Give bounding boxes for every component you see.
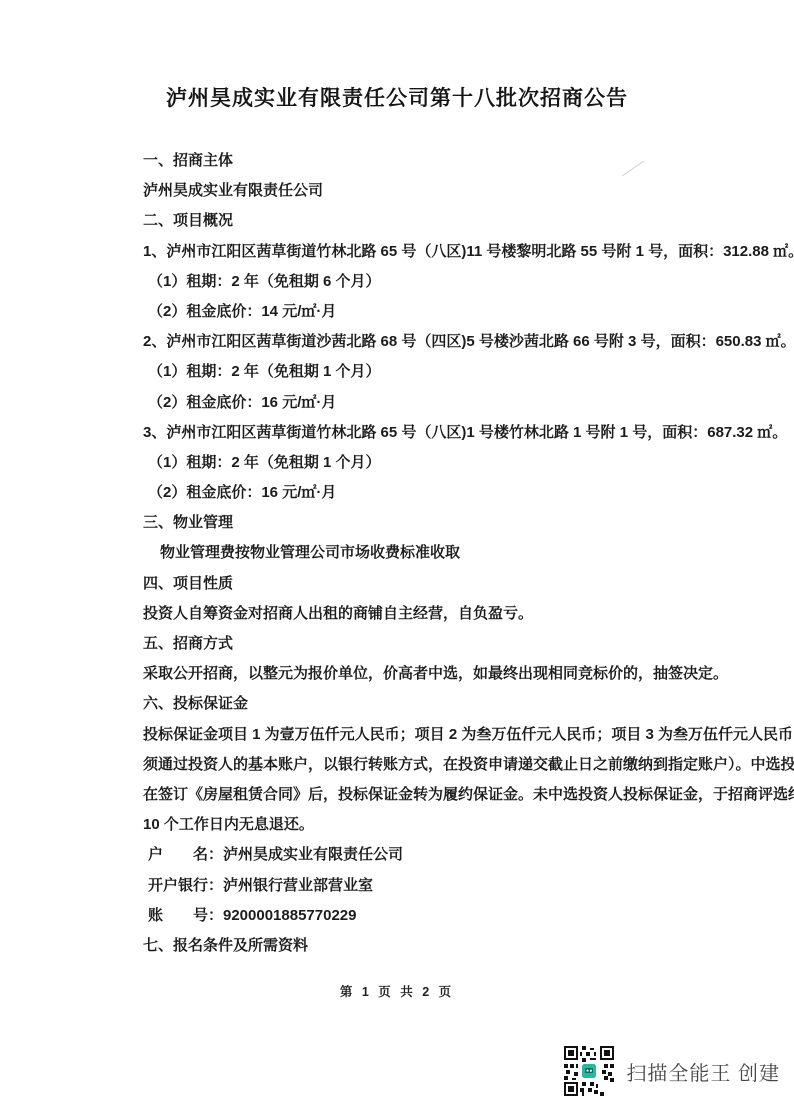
document-line: 3、泸州市江阳区茜草街道竹林北路 65 号（八区)1 号楼竹林北路 1 号附 1… [0,418,794,448]
scanned-document-page: 泸州昊成实业有限责任公司第十八批次招商公告 一、招商主体泸州昊成实业有限责任公司… [0,0,794,1108]
document-line: （1）租期：2 年（免租期 1 个月） [0,357,794,387]
document-line: 投标保证金项目 1 为壹万伍仟元人民币；项目 2 为叁万伍仟元人民币；项目 3 … [0,720,794,750]
document-line: 三、物业管理 [0,508,794,538]
document-body: 一、招商主体泸州昊成实业有限责任公司二、项目概况1、泸州市江阳区茜草街道竹林北路… [0,146,794,961]
watermark-text: 扫描全能王 创建 [626,1057,780,1086]
document-line: 户 名：泸州昊成实业有限责任公司 [0,840,794,870]
document-line: （1）租期：2 年（免租期 6 个月） [0,267,794,297]
document-title: 泸州昊成实业有限责任公司第十八批次招商公告 [0,82,794,112]
document-line: 在签订《房屋租赁合同》后，投标保证金转为履约保证金。未中选投资人投标保证金，于招… [0,780,794,810]
document-line: 二、项目概况 [0,206,794,236]
document-line: 1、泸州市江阳区茜草街道竹林北路 65 号（八区)11 号楼黎明北路 55 号附… [0,237,794,267]
document-line: 六、投标保证金 [0,689,794,719]
document-line: （1）租期：2 年（免租期 1 个月） [0,448,794,478]
document-line: 10 个工作日内无息退还。 [0,810,794,840]
document-line: 泸州昊成实业有限责任公司 [0,176,794,206]
document-line: 须通过投资人的基本账户，以银行转账方式，在投资申请递交截止日之前缴纳到指定账户）… [0,750,794,780]
document-line: 四、项目性质 [0,569,794,599]
page-number: 第 1 页 共 2 页 [0,982,794,1000]
document-line: 五、招商方式 [0,629,794,659]
document-line: 2、泸州市江阳区茜草街道沙茜北路 68 号（四区)5 号楼沙茜北路 66 号附 … [0,327,794,357]
document-line: 开户银行：泸州银行营业部营业室 [0,871,794,901]
document-line: 七、报名条件及所需资料 [0,931,794,961]
document-line: （2）租金底价：16 元/㎡·月 [0,478,794,508]
document-line: 投资人自筹资金对招商人出租的商铺自主经营，自负盈亏。 [0,599,794,629]
document-line: 采取公开招商，以整元为报价单位，价高者中选，如最终出现相同竞标价的，抽签决定。 [0,659,794,689]
document-line: 一、招商主体 [0,146,794,176]
document-line: 物业管理费按物业管理公司市场收费标准收取 [0,538,794,568]
document-line: （2）租金底价：16 元/㎡·月 [0,388,794,418]
document-line: 账 号：9200001885770229 [0,901,794,931]
qr-code-icon [564,1046,614,1096]
camscanner-watermark: 扫描全能王 创建 [564,1046,780,1096]
document-line: （2）租金底价：14 元/㎡·月 [0,297,794,327]
